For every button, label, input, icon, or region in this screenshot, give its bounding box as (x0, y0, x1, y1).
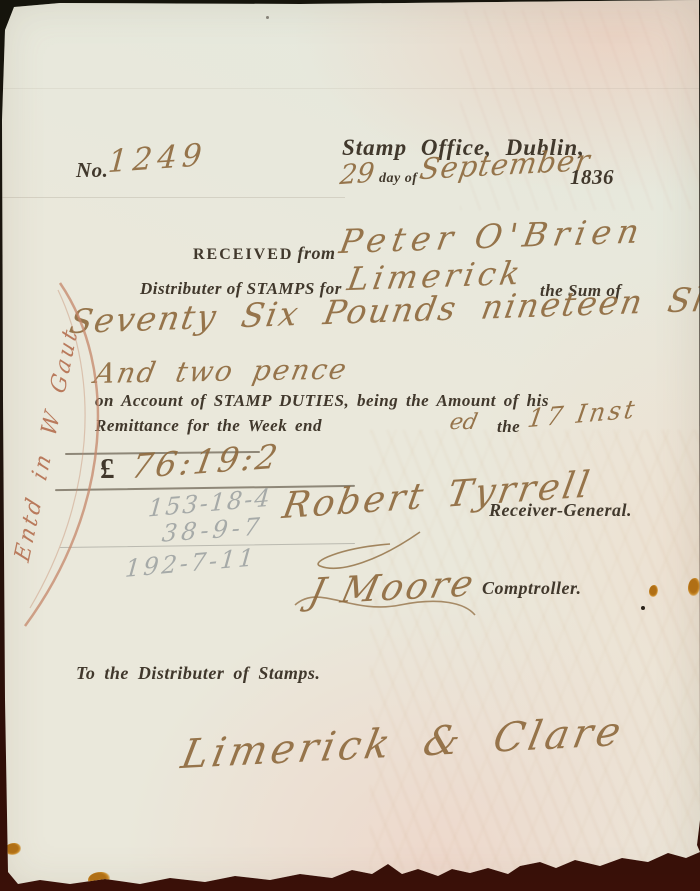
rust-stain (5, 843, 21, 855)
addressee-line: To the Distributer of Stamps. (76, 663, 320, 684)
amount-words-line2: And two pence (92, 353, 351, 391)
paper-crease (0, 197, 345, 198)
margin-flourish (0, 278, 130, 638)
ink-speck (641, 606, 645, 610)
doc-number-label: No. (76, 158, 108, 183)
paper-crease (0, 88, 700, 89)
ink-speck (266, 16, 269, 19)
from-label: from (297, 243, 335, 263)
date-year: 1836 (570, 165, 614, 190)
doc-number-value: 1249 (107, 137, 208, 180)
receiver-title: Receiver-General. (489, 500, 632, 521)
rust-stain (88, 872, 110, 886)
signature-flourish (290, 575, 480, 630)
week-end-suffix: ed (447, 410, 479, 435)
date-day: 29 (338, 157, 376, 191)
comptroller-title: Comptroller. (482, 578, 582, 599)
date-day-of-label: day of (379, 171, 417, 187)
receipt-document: Stamp Office, Dublin, No. 1249 29 day of… (0, 0, 700, 891)
account-line1: on Account of STAMP DUTIES, being the Am… (95, 391, 549, 411)
received-label: Received (193, 246, 293, 263)
payer-name: Peter O'Brien (337, 211, 649, 261)
the-label: the (497, 417, 520, 437)
pencil-calc-line: 38-9-7 (161, 512, 265, 547)
pencil-calc-line: 192-7-11 (124, 543, 258, 583)
amount-figures: 76:19:2 (129, 436, 284, 486)
